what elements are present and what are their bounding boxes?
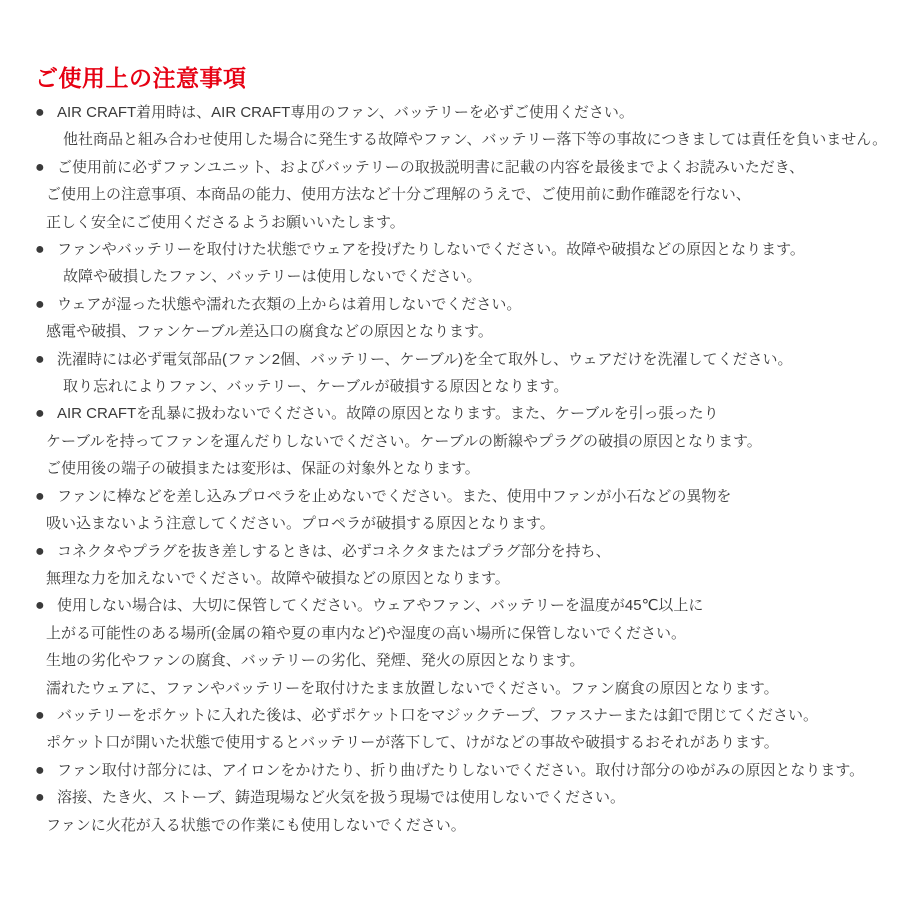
notice-line-text: 無理な力を加えないでください。故障や破損などの原因となります。	[46, 565, 510, 592]
notice-line: 取り忘れによりファン、バッテリー、ケーブルが破損する原因となります。	[35, 373, 894, 400]
notice-item: ●洗濯時には必ず電気部品(ファン2個、バッテリー、ケーブル)を全て取外し、ウェア…	[35, 346, 894, 401]
bullet-icon: ●	[35, 592, 57, 619]
notice-line-text: 吸い込まないよう注意してください。プロペラが破損する原因となります。	[46, 510, 555, 537]
notice-line: ●コネクタやプラグを抜き差しするときは、必ずコネクタまたはプラグ部分を持ち、	[35, 538, 894, 565]
notice-item: ●コネクタやプラグを抜き差しするときは、必ずコネクタまたはプラグ部分を持ち、無理…	[35, 538, 894, 593]
notice-document: ご使用上の注意事項 ●AIR CRAFT着用時は、AIR CRAFT専用のファン…	[0, 0, 900, 900]
notice-list: ●AIR CRAFT着用時は、AIR CRAFT専用のファン、バッテリーを必ずご…	[35, 99, 894, 839]
notice-line-text: ウェアが湿った状態や濡れた衣類の上からは着用しないでください。	[57, 291, 521, 318]
bullet-icon: ●	[35, 538, 57, 565]
bullet-icon: ●	[35, 483, 57, 510]
page-title: ご使用上の注意事項	[35, 60, 247, 93]
notice-line: ●バッテリーをポケットに入れた後は、必ずポケット口をマジックテープ、ファスナーま…	[35, 702, 894, 729]
notice-line-text: ご使用前に必ずファンユニット、およびバッテリーの取扱説明書に記載の内容を最後まで…	[57, 154, 804, 181]
notice-line: 他社商品と組み合わせ使用した場合に発生する故障やファン、バッテリー落下等の事故に…	[35, 126, 894, 153]
bullet-icon: ●	[35, 346, 57, 373]
notice-line-text: 濡れたウェアに、ファンやバッテリーを取付けたまま放置しないでください。ファン腐食…	[46, 675, 779, 702]
notice-item: ●ファンやバッテリーを取付けた状態でウェアを投げたりしないでください。故障や破損…	[35, 236, 894, 291]
notice-line: ●ファン取付け部分には、アイロンをかけたり、折り曲げたりしないでください。取付け…	[35, 757, 894, 784]
notice-line-text: 故障や破損したファン、バッテリーは使用しないでください。	[63, 263, 482, 290]
notice-line-text: AIR CRAFTを乱暴に扱わないでください。故障の原因となります。また、ケーブ…	[57, 400, 719, 427]
bullet-icon: ●	[35, 400, 57, 427]
notice-line-text: ポケット口が開いた状態で使用するとバッテリーが落下して、けがなどの事故や破損する…	[46, 729, 779, 756]
bullet-icon: ●	[35, 291, 57, 318]
notice-line-text: コネクタやプラグを抜き差しするときは、必ずコネクタまたはプラグ部分を持ち、	[57, 538, 611, 565]
notice-line: 生地の劣化やファンの腐食、バッテリーの劣化、発煙、発火の原因となります。	[35, 647, 894, 674]
notice-line: ご使用後の端子の破損または変形は、保証の対象外となります。	[35, 455, 894, 482]
notice-line: ●ウェアが湿った状態や濡れた衣類の上からは着用しないでください。	[35, 291, 894, 318]
notice-item: ●AIR CRAFTを乱暴に扱わないでください。故障の原因となります。また、ケー…	[35, 400, 894, 482]
notice-item: ●使用しない場合は、大切に保管してください。ウェアやファン、バッテリーを温度が4…	[35, 592, 894, 702]
notice-line-text: 上がる可能性のある場所(金属の箱や夏の車内など)や湿度の高い場所に保管しないでく…	[46, 620, 686, 647]
bullet-icon: ●	[35, 99, 57, 126]
notice-line-text: 生地の劣化やファンの腐食、バッテリーの劣化、発煙、発火の原因となります。	[46, 647, 585, 674]
notice-line: ●ご使用前に必ずファンユニット、およびバッテリーの取扱説明書に記載の内容を最後ま…	[35, 154, 894, 181]
notice-line-text: 感電や破損、ファンケーブル差込口の腐食などの原因となります。	[46, 318, 493, 345]
bullet-icon: ●	[35, 154, 57, 181]
notice-item: ●ファンに棒などを差し込みプロペラを止めないでください。また、使用中ファンが小石…	[35, 483, 894, 538]
notice-item: ●溶接、たき火、ストーブ、鋳造現場など火気を扱う現場では使用しないでください。フ…	[35, 784, 894, 839]
notice-line-text: ファンに棒などを差し込みプロペラを止めないでください。また、使用中ファンが小石な…	[57, 483, 731, 510]
notice-line: 故障や破損したファン、バッテリーは使用しないでください。	[35, 263, 894, 290]
notice-item: ●ウェアが湿った状態や濡れた衣類の上からは着用しないでください。感電や破損、ファ…	[35, 291, 894, 346]
notice-line-text: ファン取付け部分には、アイロンをかけたり、折り曲げたりしないでください。取付け部…	[57, 757, 864, 784]
notice-line-text: 溶接、たき火、ストーブ、鋳造現場など火気を扱う現場では使用しないでください。	[57, 784, 625, 811]
notice-item: ●ファン取付け部分には、アイロンをかけたり、折り曲げたりしないでください。取付け…	[35, 757, 894, 784]
notice-line-text: ケーブルを持ってファンを運んだりしないでください。ケーブルの断線やプラグの破損の…	[46, 428, 762, 455]
notice-line: ●洗濯時には必ず電気部品(ファン2個、バッテリー、ケーブル)を全て取外し、ウェア…	[35, 346, 894, 373]
notice-line-text: 正しく安全にご使用くださるようお願いいたします。	[46, 209, 405, 236]
notice-item: ●バッテリーをポケットに入れた後は、必ずポケット口をマジックテープ、ファスナーま…	[35, 702, 894, 757]
notice-line: ご使用上の注意事項、本商品の能力、使用方法など十分ご理解のうえで、ご使用前に動作…	[35, 181, 894, 208]
notice-line: ポケット口が開いた状態で使用するとバッテリーが落下して、けがなどの事故や破損する…	[35, 729, 894, 756]
notice-line: 感電や破損、ファンケーブル差込口の腐食などの原因となります。	[35, 318, 894, 345]
notice-line: ●ファンやバッテリーを取付けた状態でウェアを投げたりしないでください。故障や破損…	[35, 236, 894, 263]
bullet-icon: ●	[35, 757, 57, 784]
notice-line: 吸い込まないよう注意してください。プロペラが破損する原因となります。	[35, 510, 894, 537]
notice-line: ケーブルを持ってファンを運んだりしないでください。ケーブルの断線やプラグの破損の…	[35, 428, 894, 455]
notice-line-text: ご使用上の注意事項、本商品の能力、使用方法など十分ご理解のうえで、ご使用前に動作…	[46, 181, 751, 208]
notice-line: 濡れたウェアに、ファンやバッテリーを取付けたまま放置しないでください。ファン腐食…	[35, 675, 894, 702]
bullet-icon: ●	[35, 784, 57, 811]
notice-line: ファンに火花が入る状態での作業にも使用しないでください。	[35, 812, 894, 839]
notice-line-text: AIR CRAFT着用時は、AIR CRAFT専用のファン、バッテリーを必ずご使…	[57, 99, 634, 126]
notice-line: ●AIR CRAFTを乱暴に扱わないでください。故障の原因となります。また、ケー…	[35, 400, 894, 427]
notice-item: ●AIR CRAFT着用時は、AIR CRAFT専用のファン、バッテリーを必ずご…	[35, 99, 894, 154]
notice-line: ●使用しない場合は、大切に保管してください。ウェアやファン、バッテリーを温度が4…	[35, 592, 894, 619]
bullet-icon: ●	[35, 236, 57, 263]
notice-line-text: 他社商品と組み合わせ使用した場合に発生する故障やファン、バッテリー落下等の事故に…	[63, 126, 887, 153]
notice-line: ●AIR CRAFT着用時は、AIR CRAFT専用のファン、バッテリーを必ずご…	[35, 99, 894, 126]
bullet-icon: ●	[35, 702, 57, 729]
notice-line-text: ファンに火花が入る状態での作業にも使用しないでください。	[46, 812, 466, 839]
notice-line: ●溶接、たき火、ストーブ、鋳造現場など火気を扱う現場では使用しないでください。	[35, 784, 894, 811]
notice-line-text: 洗濯時には必ず電気部品(ファン2個、バッテリー、ケーブル)を全て取外し、ウェアだ…	[57, 346, 793, 373]
notice-line-text: ご使用後の端子の破損または変形は、保証の対象外となります。	[46, 455, 480, 482]
notice-line: 正しく安全にご使用くださるようお願いいたします。	[35, 209, 894, 236]
notice-line-text: バッテリーをポケットに入れた後は、必ずポケット口をマジックテープ、ファスナーまた…	[57, 702, 818, 729]
notice-line: 上がる可能性のある場所(金属の箱や夏の車内など)や湿度の高い場所に保管しないでく…	[35, 620, 894, 647]
notice-line-text: 取り忘れによりファン、バッテリー、ケーブルが破損する原因となります。	[63, 373, 568, 400]
notice-line: 無理な力を加えないでください。故障や破損などの原因となります。	[35, 565, 894, 592]
notice-line-text: ファンやバッテリーを取付けた状態でウェアを投げたりしないでください。故障や破損な…	[57, 236, 805, 263]
notice-item: ●ご使用前に必ずファンユニット、およびバッテリーの取扱説明書に記載の内容を最後ま…	[35, 154, 894, 236]
notice-line: ●ファンに棒などを差し込みプロペラを止めないでください。また、使用中ファンが小石…	[35, 483, 894, 510]
notice-line-text: 使用しない場合は、大切に保管してください。ウェアやファン、バッテリーを温度が45…	[57, 592, 703, 619]
